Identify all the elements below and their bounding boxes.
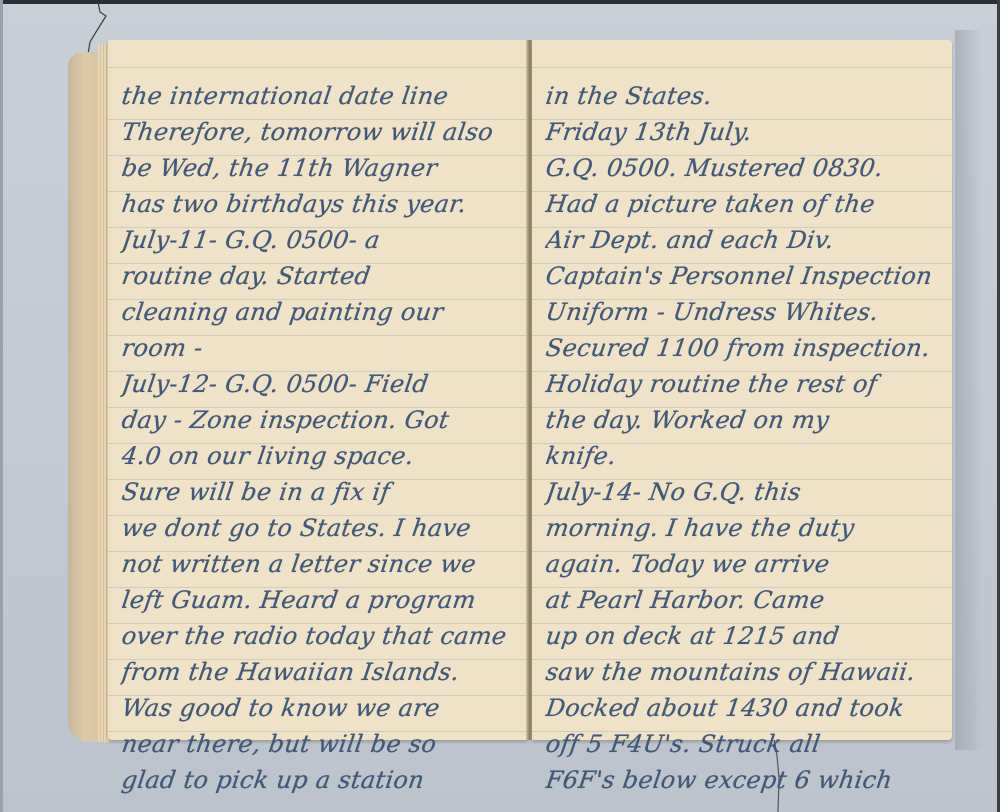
right-page: in the States. Friday 13th July. G.Q. 05… — [532, 40, 952, 740]
handwritten-line: has two birthdays this year. — [119, 186, 516, 222]
handwritten-line: Air Dept. and each Div. — [543, 222, 940, 258]
scan-top-border — [0, 0, 1000, 4]
open-notebook: the international date line Therefore, t… — [68, 40, 952, 742]
handwritten-line: Friday 13th July. — [543, 114, 940, 150]
handwritten-line: near there, but will be so — [119, 726, 516, 762]
handwritten-line: up on deck at 1215 and — [543, 618, 940, 654]
handwritten-line: July-12- G.Q. 0500- Field — [119, 366, 516, 402]
right-page-text: in the States. Friday 13th July. G.Q. 05… — [546, 78, 938, 798]
handwritten-line: the day. Worked on my — [543, 402, 940, 438]
handwritten-line: cleaning and painting our — [119, 294, 516, 330]
handwritten-line: G.Q. 0500. Mustered 0830. — [543, 150, 940, 186]
handwritten-line: Had a picture taken of the — [543, 186, 940, 222]
handwritten-line: Uniform - Undress Whites. — [543, 294, 940, 330]
handwritten-line: in the States. — [543, 78, 940, 114]
handwritten-line: not written a letter since we — [119, 546, 516, 582]
left-page: the international date line Therefore, t… — [108, 40, 528, 740]
handwritten-line: Was good to know we are — [119, 690, 516, 726]
handwritten-line: knife. — [543, 438, 940, 474]
handwritten-line: at Pearl Harbor. Came — [543, 582, 940, 618]
handwritten-line: be Wed, the 11th Wagner — [119, 150, 516, 186]
handwritten-line: July-11- G.Q. 0500- a — [119, 222, 516, 258]
handwritten-line: day - Zone inspection. Got — [119, 402, 516, 438]
left-page-text: the international date line Therefore, t… — [122, 78, 514, 798]
handwritten-line: from the Hawaiian Islands. — [119, 654, 516, 690]
handwritten-line: Sure will be in a fix if — [119, 474, 516, 510]
handwritten-line: over the radio today that came — [119, 618, 516, 654]
handwritten-line: morning. I have the duty — [543, 510, 940, 546]
handwritten-line: left Guam. Heard a program — [119, 582, 516, 618]
handwritten-line: Docked about 1430 and took — [543, 690, 940, 726]
handwritten-line: again. Today we arrive — [543, 546, 940, 582]
handwritten-line: July-14- No G.Q. this — [543, 474, 940, 510]
handwritten-line: routine day. Started — [119, 258, 516, 294]
handwritten-line: Secured 1100 from inspection. — [543, 330, 940, 366]
handwritten-line: F6F's below except 6 which — [543, 762, 940, 798]
notebook-shadow — [955, 30, 983, 750]
handwritten-line: we dont go to States. I have — [119, 510, 516, 546]
handwritten-line: room - — [119, 330, 516, 366]
handwritten-line: Therefore, tomorrow will also — [119, 114, 516, 150]
handwritten-line: glad to pick up a station — [119, 762, 516, 798]
handwritten-line: the international date line — [119, 78, 516, 114]
handwritten-line: off 5 F4U's. Struck all — [543, 726, 940, 762]
scan-left-border — [0, 0, 3, 812]
handwritten-line: Captain's Personnel Inspection 0930 — [543, 258, 940, 294]
handwritten-line: Holiday routine the rest of — [543, 366, 940, 402]
handwritten-line: saw the mountains of Hawaii. — [543, 654, 940, 690]
handwritten-line: 4.0 on our living space. — [119, 438, 516, 474]
